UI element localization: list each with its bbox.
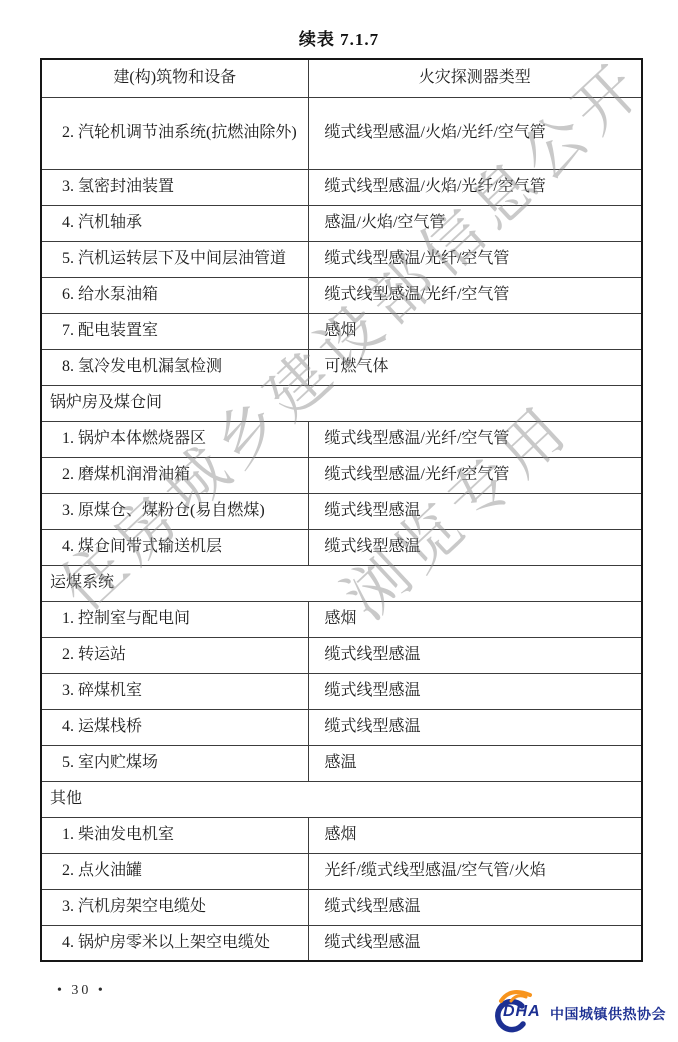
building-cell: 7. 配电装置室 bbox=[41, 313, 308, 349]
building-cell: 8. 氢冷发电机漏氢检测 bbox=[41, 349, 308, 385]
detector-type-cell: 缆式线型感温 bbox=[308, 493, 642, 529]
table-row: 3. 汽机房架空电缆处缆式线型感温 bbox=[41, 889, 642, 925]
building-cell: 1. 柴油发电机室 bbox=[41, 817, 308, 853]
table-row: 3. 碎煤机室缆式线型感温 bbox=[41, 673, 642, 709]
detector-type-cell: 缆式线型感温/火焰/光纤/空气管 bbox=[308, 169, 642, 205]
header-building-column: 建(构)筑物和设备 bbox=[41, 59, 308, 97]
table-row: 2. 汽轮机调节油系统(抗燃油除外)缆式线型感温/火焰/光纤/空气管 bbox=[41, 97, 642, 169]
table-row: 2. 点火油罐光纤/缆式线型感温/空气管/火焰 bbox=[41, 853, 642, 889]
building-cell: 3. 原煤仓、煤粉仓(易自燃煤) bbox=[41, 493, 308, 529]
section-row: 运煤系统 bbox=[41, 565, 642, 601]
table-row: 4. 汽机轴承感温/火焰/空气管 bbox=[41, 205, 642, 241]
detector-type-cell: 缆式线型感温/光纤/空气管 bbox=[308, 457, 642, 493]
building-cell: 3. 氢密封油装置 bbox=[41, 169, 308, 205]
table-row: 2. 磨煤机润滑油箱缆式线型感温/光纤/空气管 bbox=[41, 457, 642, 493]
table-row: 7. 配电装置室感烟 bbox=[41, 313, 642, 349]
detector-type-cell: 缆式线型感温 bbox=[308, 925, 642, 961]
table-header-row: 建(构)筑物和设备 火灾探测器类型 bbox=[41, 59, 642, 97]
table-row: 8. 氢冷发电机漏氢检测可燃气体 bbox=[41, 349, 642, 385]
building-cell: 5. 汽机运转层下及中间层油管道 bbox=[41, 241, 308, 277]
table-row: 5. 汽机运转层下及中间层油管道缆式线型感温/光纤/空气管 bbox=[41, 241, 642, 277]
document-page: 续表 7.1.7 建(构)筑物和设备 火灾探测器类型 2. 汽轮机调节油系统(抗… bbox=[0, 0, 678, 1042]
detector-type-cell: 感温/火焰/空气管 bbox=[308, 205, 642, 241]
table-row: 6. 给水泵油箱缆式线型感温/光纤/空气管 bbox=[41, 277, 642, 313]
detector-type-cell: 缆式线型感温 bbox=[308, 637, 642, 673]
building-cell: 4. 锅炉房零米以上架空电缆处 bbox=[41, 925, 308, 961]
building-cell: 3. 碎煤机室 bbox=[41, 673, 308, 709]
table-row: 4. 锅炉房零米以上架空电缆处缆式线型感温 bbox=[41, 925, 642, 961]
page-title: 续表 7.1.7 bbox=[0, 25, 678, 50]
section-row: 其他 bbox=[41, 781, 642, 817]
building-cell: 2. 点火油罐 bbox=[41, 853, 308, 889]
section-title-cell: 运煤系统 bbox=[41, 565, 642, 601]
detector-type-cell: 缆式线型感温/火焰/光纤/空气管 bbox=[308, 97, 642, 169]
table-row: 1. 锅炉本体燃烧器区缆式线型感温/光纤/空气管 bbox=[41, 421, 642, 457]
dha-acronym: DHA bbox=[503, 1003, 541, 1021]
detector-type-cell: 光纤/缆式线型感温/空气管/火焰 bbox=[308, 853, 642, 889]
building-cell: 4. 煤仓间带式输送机层 bbox=[41, 529, 308, 565]
table-row: 5. 室内贮煤场感温 bbox=[41, 745, 642, 781]
section-title-cell: 锅炉房及煤仓间 bbox=[41, 385, 642, 421]
building-cell: 1. 锅炉本体燃烧器区 bbox=[41, 421, 308, 457]
table-row: 4. 运煤栈桥缆式线型感温 bbox=[41, 709, 642, 745]
detector-type-cell: 感温 bbox=[308, 745, 642, 781]
building-cell: 4. 运煤栈桥 bbox=[41, 709, 308, 745]
detector-type-cell: 感烟 bbox=[308, 601, 642, 637]
detector-type-cell: 缆式线型感温 bbox=[308, 709, 642, 745]
footer-logo: DHA 中国城镇供热协会 bbox=[488, 988, 672, 1036]
detector-type-cell: 可燃气体 bbox=[308, 349, 642, 385]
table-row: 4. 煤仓间带式输送机层缆式线型感温 bbox=[41, 529, 642, 565]
table-row: 3. 氢密封油装置缆式线型感温/火焰/光纤/空气管 bbox=[41, 169, 642, 205]
detector-type-cell: 缆式线型感温 bbox=[308, 673, 642, 709]
section-row: 锅炉房及煤仓间 bbox=[41, 385, 642, 421]
building-cell: 2. 汽轮机调节油系统(抗燃油除外) bbox=[41, 97, 308, 169]
detector-type-cell: 感烟 bbox=[308, 313, 642, 349]
building-cell: 2. 转运站 bbox=[41, 637, 308, 673]
page-number: • 30 • bbox=[57, 983, 106, 999]
table-row: 1. 柴油发电机室感烟 bbox=[41, 817, 642, 853]
org-name: 中国城镇供热协会 bbox=[550, 1004, 666, 1024]
detector-type-cell: 缆式线型感温 bbox=[308, 889, 642, 925]
detector-type-cell: 缆式线型感温 bbox=[308, 529, 642, 565]
building-cell: 3. 汽机房架空电缆处 bbox=[41, 889, 308, 925]
building-cell: 4. 汽机轴承 bbox=[41, 205, 308, 241]
table-body: 2. 汽轮机调节油系统(抗燃油除外)缆式线型感温/火焰/光纤/空气管3. 氢密封… bbox=[41, 97, 642, 961]
section-title-cell: 其他 bbox=[41, 781, 642, 817]
building-cell: 5. 室内贮煤场 bbox=[41, 745, 308, 781]
header-detector-column: 火灾探测器类型 bbox=[308, 59, 642, 97]
building-cell: 2. 磨煤机润滑油箱 bbox=[41, 457, 308, 493]
table-row: 1. 控制室与配电间感烟 bbox=[41, 601, 642, 637]
building-cell: 6. 给水泵油箱 bbox=[41, 277, 308, 313]
detector-type-cell: 缆式线型感温/光纤/空气管 bbox=[308, 241, 642, 277]
detector-type-cell: 缆式线型感温/光纤/空气管 bbox=[308, 277, 642, 313]
building-cell: 1. 控制室与配电间 bbox=[41, 601, 308, 637]
table-row: 3. 原煤仓、煤粉仓(易自燃煤)缆式线型感温 bbox=[41, 493, 642, 529]
table-row: 2. 转运站缆式线型感温 bbox=[41, 637, 642, 673]
fire-detector-table: 建(构)筑物和设备 火灾探测器类型 2. 汽轮机调节油系统(抗燃油除外)缆式线型… bbox=[40, 58, 643, 962]
detector-type-cell: 感烟 bbox=[308, 817, 642, 853]
detector-type-cell: 缆式线型感温/光纤/空气管 bbox=[308, 421, 642, 457]
